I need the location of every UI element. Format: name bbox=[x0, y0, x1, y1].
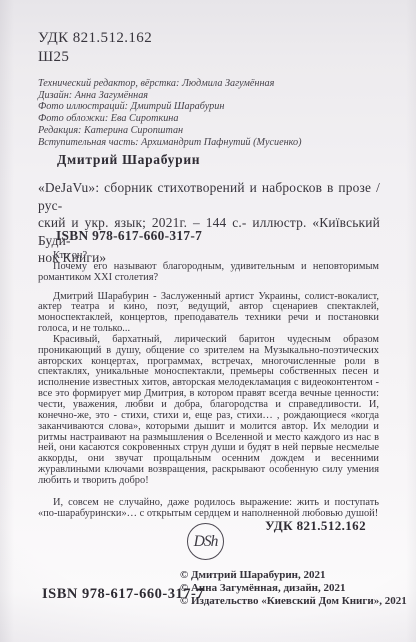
annotation-question-2: Почему его называют благородным, удивите… bbox=[38, 262, 379, 284]
credit-technical-editor: Технический редактор, вёрстка: Людмила З… bbox=[38, 78, 302, 90]
copyright-designer: © Анна Загумённая, дизайн, 2021 bbox=[180, 582, 407, 595]
credit-editing: Редакция: Катерина Сиропштан bbox=[38, 125, 302, 137]
copyright-publisher: © Издательство «Киевский Дом Книги», 202… bbox=[180, 595, 407, 608]
credit-cover-photo: Фото обложки: Ева Сироткина bbox=[38, 113, 302, 125]
isbn-number-bottom: ISBN 978-617-660-317-7 bbox=[42, 586, 204, 603]
credit-photo-illustrations: Фото иллюстраций: Дмитрий Шарабурин bbox=[38, 101, 302, 113]
credit-design: Дизайн: Анна Загумённая bbox=[38, 90, 302, 102]
description-line: «DeJaVu»: сборник стихотворений и наброс… bbox=[38, 179, 380, 214]
annotation-paragraph-3: И, совсем не случайно, даже родилось выр… bbox=[38, 498, 379, 520]
isbn-number-top: ISBN 978-617-660-317-7 bbox=[56, 228, 202, 244]
bbk-author-code: Ш25 bbox=[38, 49, 69, 66]
credit-introduction: Вступительная часть: Архимандрит Пафнути… bbox=[38, 137, 302, 149]
annotation-paragraph-2: Красивый, бархатный, лирический баритон … bbox=[38, 335, 379, 487]
udk-classification-code: УДК 821.512.162 bbox=[38, 30, 152, 47]
copyright-author: © Дмитрий Шарабурин, 2021 bbox=[180, 569, 407, 582]
monogram-initials: DSh bbox=[194, 533, 218, 551]
copyright-block: © Дмитрий Шарабурин, 2021 © Анна Загумён… bbox=[180, 569, 407, 607]
udk-classification-code-bottom: УДК 821.512.162 bbox=[265, 518, 366, 534]
production-credits: Технический редактор, вёрстка: Людмила З… bbox=[38, 78, 302, 148]
annotation-text: Кто он? Почему его называют благородным,… bbox=[38, 251, 379, 519]
publisher-monogram-logo: DSh bbox=[187, 523, 224, 560]
annotation-paragraph-1: Дмитрий Шарабурин - Заслуженный артист У… bbox=[38, 292, 379, 335]
book-imprint-page: УДК 821.512.162 Ш25 Технический редактор… bbox=[0, 0, 416, 642]
author-name-heading: Дмитрий Шарабурин bbox=[57, 152, 200, 168]
